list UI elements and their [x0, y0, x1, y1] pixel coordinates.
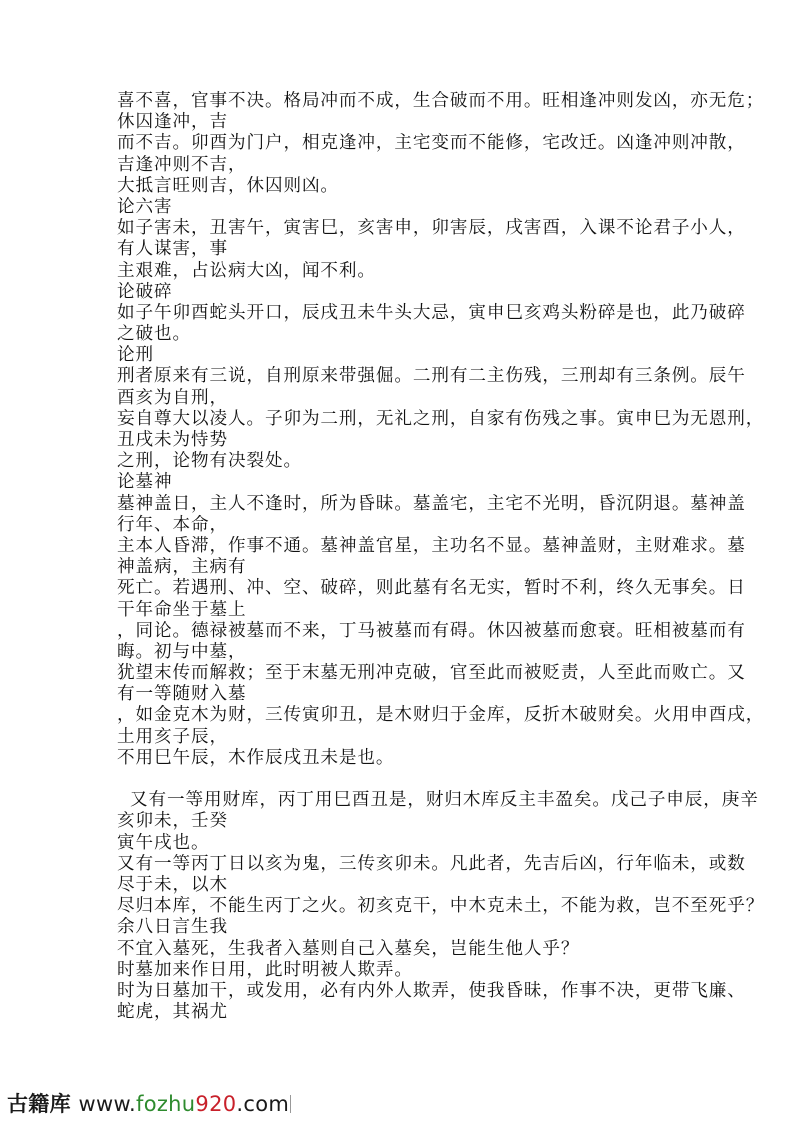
text-line: 行年、本命， [117, 515, 687, 536]
text-line: 土用亥子辰， [117, 727, 687, 748]
text-line: 如子害未，丑害午，寅害巳，亥害申，卯害辰，戌害酉，入课不论君子小人， [117, 218, 687, 239]
watermark-url-green: fozhu [136, 1092, 195, 1116]
text-line: 大抵言旺则吉，休囚则凶。 [117, 176, 687, 197]
section-heading: 论墓神 [117, 472, 687, 493]
text-line: 有人谋害，事 [117, 239, 687, 260]
text-line: 余八日言生我 [117, 917, 687, 938]
text-cursor [290, 1095, 291, 1113]
text-line: 休囚逢冲，吉 [117, 112, 687, 133]
text-line: 时为日墓加干，或发用，必有内外人欺弄，使我昏昧，作事不决，更带飞廉、 [117, 981, 687, 1002]
watermark-url-red: 920 [195, 1092, 236, 1116]
text-line: 主艰难，占讼病大凶，闻不利。 [117, 261, 687, 282]
section-heading: 论刑 [117, 345, 687, 366]
watermark-url-suffix: .com [236, 1092, 289, 1116]
text-line: 死亡。若遇刑、冲、空、破碎，则此墓有名无实，暂时不利，终久无事矣。日 [117, 578, 687, 599]
text-line: 主本人昏滞，作事不通。墓神盖官星，主功名不显。墓神盖财，主财难求。墓 [117, 536, 687, 557]
text-line: 之破也。 [117, 324, 687, 345]
text-line: 之刑，论物有决裂处。 [117, 451, 687, 472]
text-line: 亥卯未，壬癸 [117, 811, 687, 832]
text-line: 不用巳午辰，木作辰戌丑未是也。 [117, 748, 687, 769]
text-line: 酉亥为自刑， [117, 388, 687, 409]
text-line: 晦。初与中墓， [117, 642, 687, 663]
text-line: 蛇虎，其祸尤 [117, 1002, 687, 1023]
text-line: 又有一等用财库，丙丁用巳酉丑是，财归木库反主丰盈矣。戊己子申辰，庚辛 [117, 790, 687, 811]
text-line [117, 769, 687, 790]
text-line: 墓神盖日，主人不逢时，所为昏昧。墓盖宅，主宅不光明，昏沉阴退。墓神盖 [117, 494, 687, 515]
watermark: 古籍库 www.fozhu920.com [7, 1088, 291, 1118]
text-line: 如子午卯酉蛇头开口，辰戌丑未牛头大忌，寅申巳亥鸡头粉碎是也，此乃破碎 [117, 303, 687, 324]
text-line: ，如金克木为财，三传寅卯丑，是木财归于金库，反折木破财矣。火用申酉戌， [117, 705, 687, 726]
text-line: 尽于未，以木 [117, 875, 687, 896]
watermark-url-prefix: www. [79, 1092, 136, 1116]
text-line: 又有一等丙丁日以亥为鬼，三传亥卯未。凡此者，先吉后凶，行年临未，或数 [117, 854, 687, 875]
text-line: 而不吉。卯酉为门户，相克逢冲，主宅变而不能修，宅改迁。凶逢冲则冲散， [117, 133, 687, 154]
text-line: 犹望末传而解救；至于末墓无刑冲克破，官至此而被贬责，人至此而败亡。又 [117, 663, 687, 684]
text-line: 不宜入墓死，生我者入墓则自己入墓矣，岂能生他人乎？ [117, 939, 687, 960]
document-body: 喜不喜，官事不决。格局冲而不成，生合破而不用。旺相逢冲则发凶，亦无危；休囚逢冲，… [117, 91, 687, 1023]
text-line: 寅午戌也。 [117, 833, 687, 854]
text-line: 有一等随财入墓 [117, 684, 687, 705]
text-line: 刑者原来有三说，自刑原来带强倔。二刑有二主伤残，三刑却有三条例。辰午 [117, 366, 687, 387]
text-line: 干年命坐于墓上 [117, 600, 687, 621]
section-heading: 论六害 [117, 197, 687, 218]
text-line: 时墓加来作日用，此时明被人欺弄。 [117, 960, 687, 981]
text-line: 神盖病，主病有 [117, 557, 687, 578]
text-line: ，同论。德禄被墓而不来，丁马被墓而有碍。休囚被墓而愈衰。旺相被墓而有 [117, 621, 687, 642]
text-line: 尽归本库，不能生丙丁之火。初亥克干，中木克未土，不能为救，岂不至死乎？ [117, 896, 687, 917]
text-line: 妄自尊大以凌人。子卯为二刑，无礼之刑，自家有伤残之事。寅申巳为无恩刑， [117, 409, 687, 430]
text-line: 丑戌未为恃势 [117, 430, 687, 451]
section-heading: 论破碎 [117, 282, 687, 303]
text-line: 喜不喜，官事不决。格局冲而不成，生合破而不用。旺相逢冲则发凶，亦无危； [117, 91, 687, 112]
text-line: 吉逢冲则不吉， [117, 155, 687, 176]
watermark-brand: 古籍库 [7, 1092, 71, 1116]
